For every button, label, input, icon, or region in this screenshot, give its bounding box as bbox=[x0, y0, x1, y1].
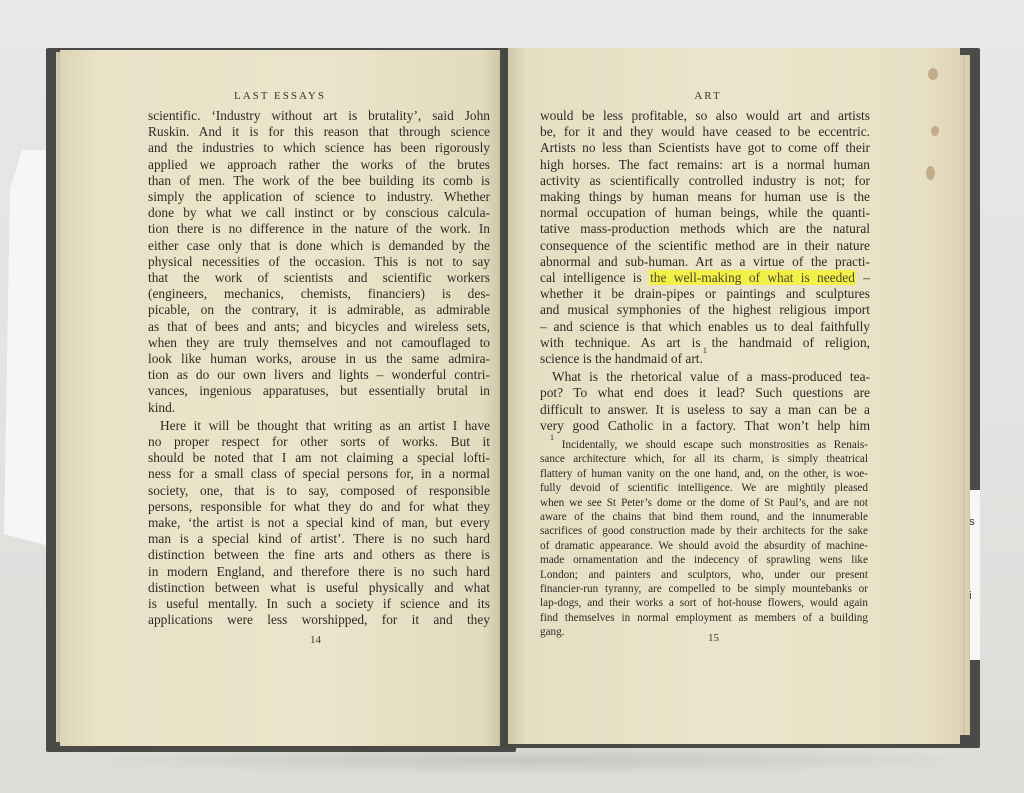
footnote-marker: 1 bbox=[703, 346, 707, 355]
running-head-left: LAST ESSAYS bbox=[60, 90, 500, 102]
highlighted-line: cal intelligence is the well-making of w… bbox=[540, 270, 870, 286]
paragraph: would be less profitable, so also would … bbox=[540, 108, 870, 367]
paragraph: scientific. ‘Industry without art is bru… bbox=[148, 108, 490, 416]
footnote: 1 Incidentally, we should escape such mo… bbox=[540, 438, 868, 640]
foxing-spot bbox=[926, 166, 935, 180]
page-15: ART would be less profitable, so also wo… bbox=[508, 48, 960, 744]
page-number-14: 14 bbox=[310, 634, 321, 646]
foxing-spot bbox=[931, 126, 939, 136]
paragraph: What is the rhetorical value of a mass-p… bbox=[540, 369, 870, 434]
page-14: LAST ESSAYS scientific. ‘Industry withou… bbox=[60, 50, 500, 746]
yellow-highlight: the well-making of what is needed bbox=[649, 270, 856, 285]
page-14-body: scientific. ‘Industry without art is bru… bbox=[148, 108, 490, 629]
page-15-body: would be less profitable, so also would … bbox=[540, 108, 870, 434]
running-head-right: ART bbox=[508, 90, 908, 102]
page-number-15: 15 bbox=[708, 632, 719, 644]
paragraph: Here it will be thought that writing as … bbox=[148, 418, 490, 629]
foxing-spot bbox=[928, 68, 938, 80]
